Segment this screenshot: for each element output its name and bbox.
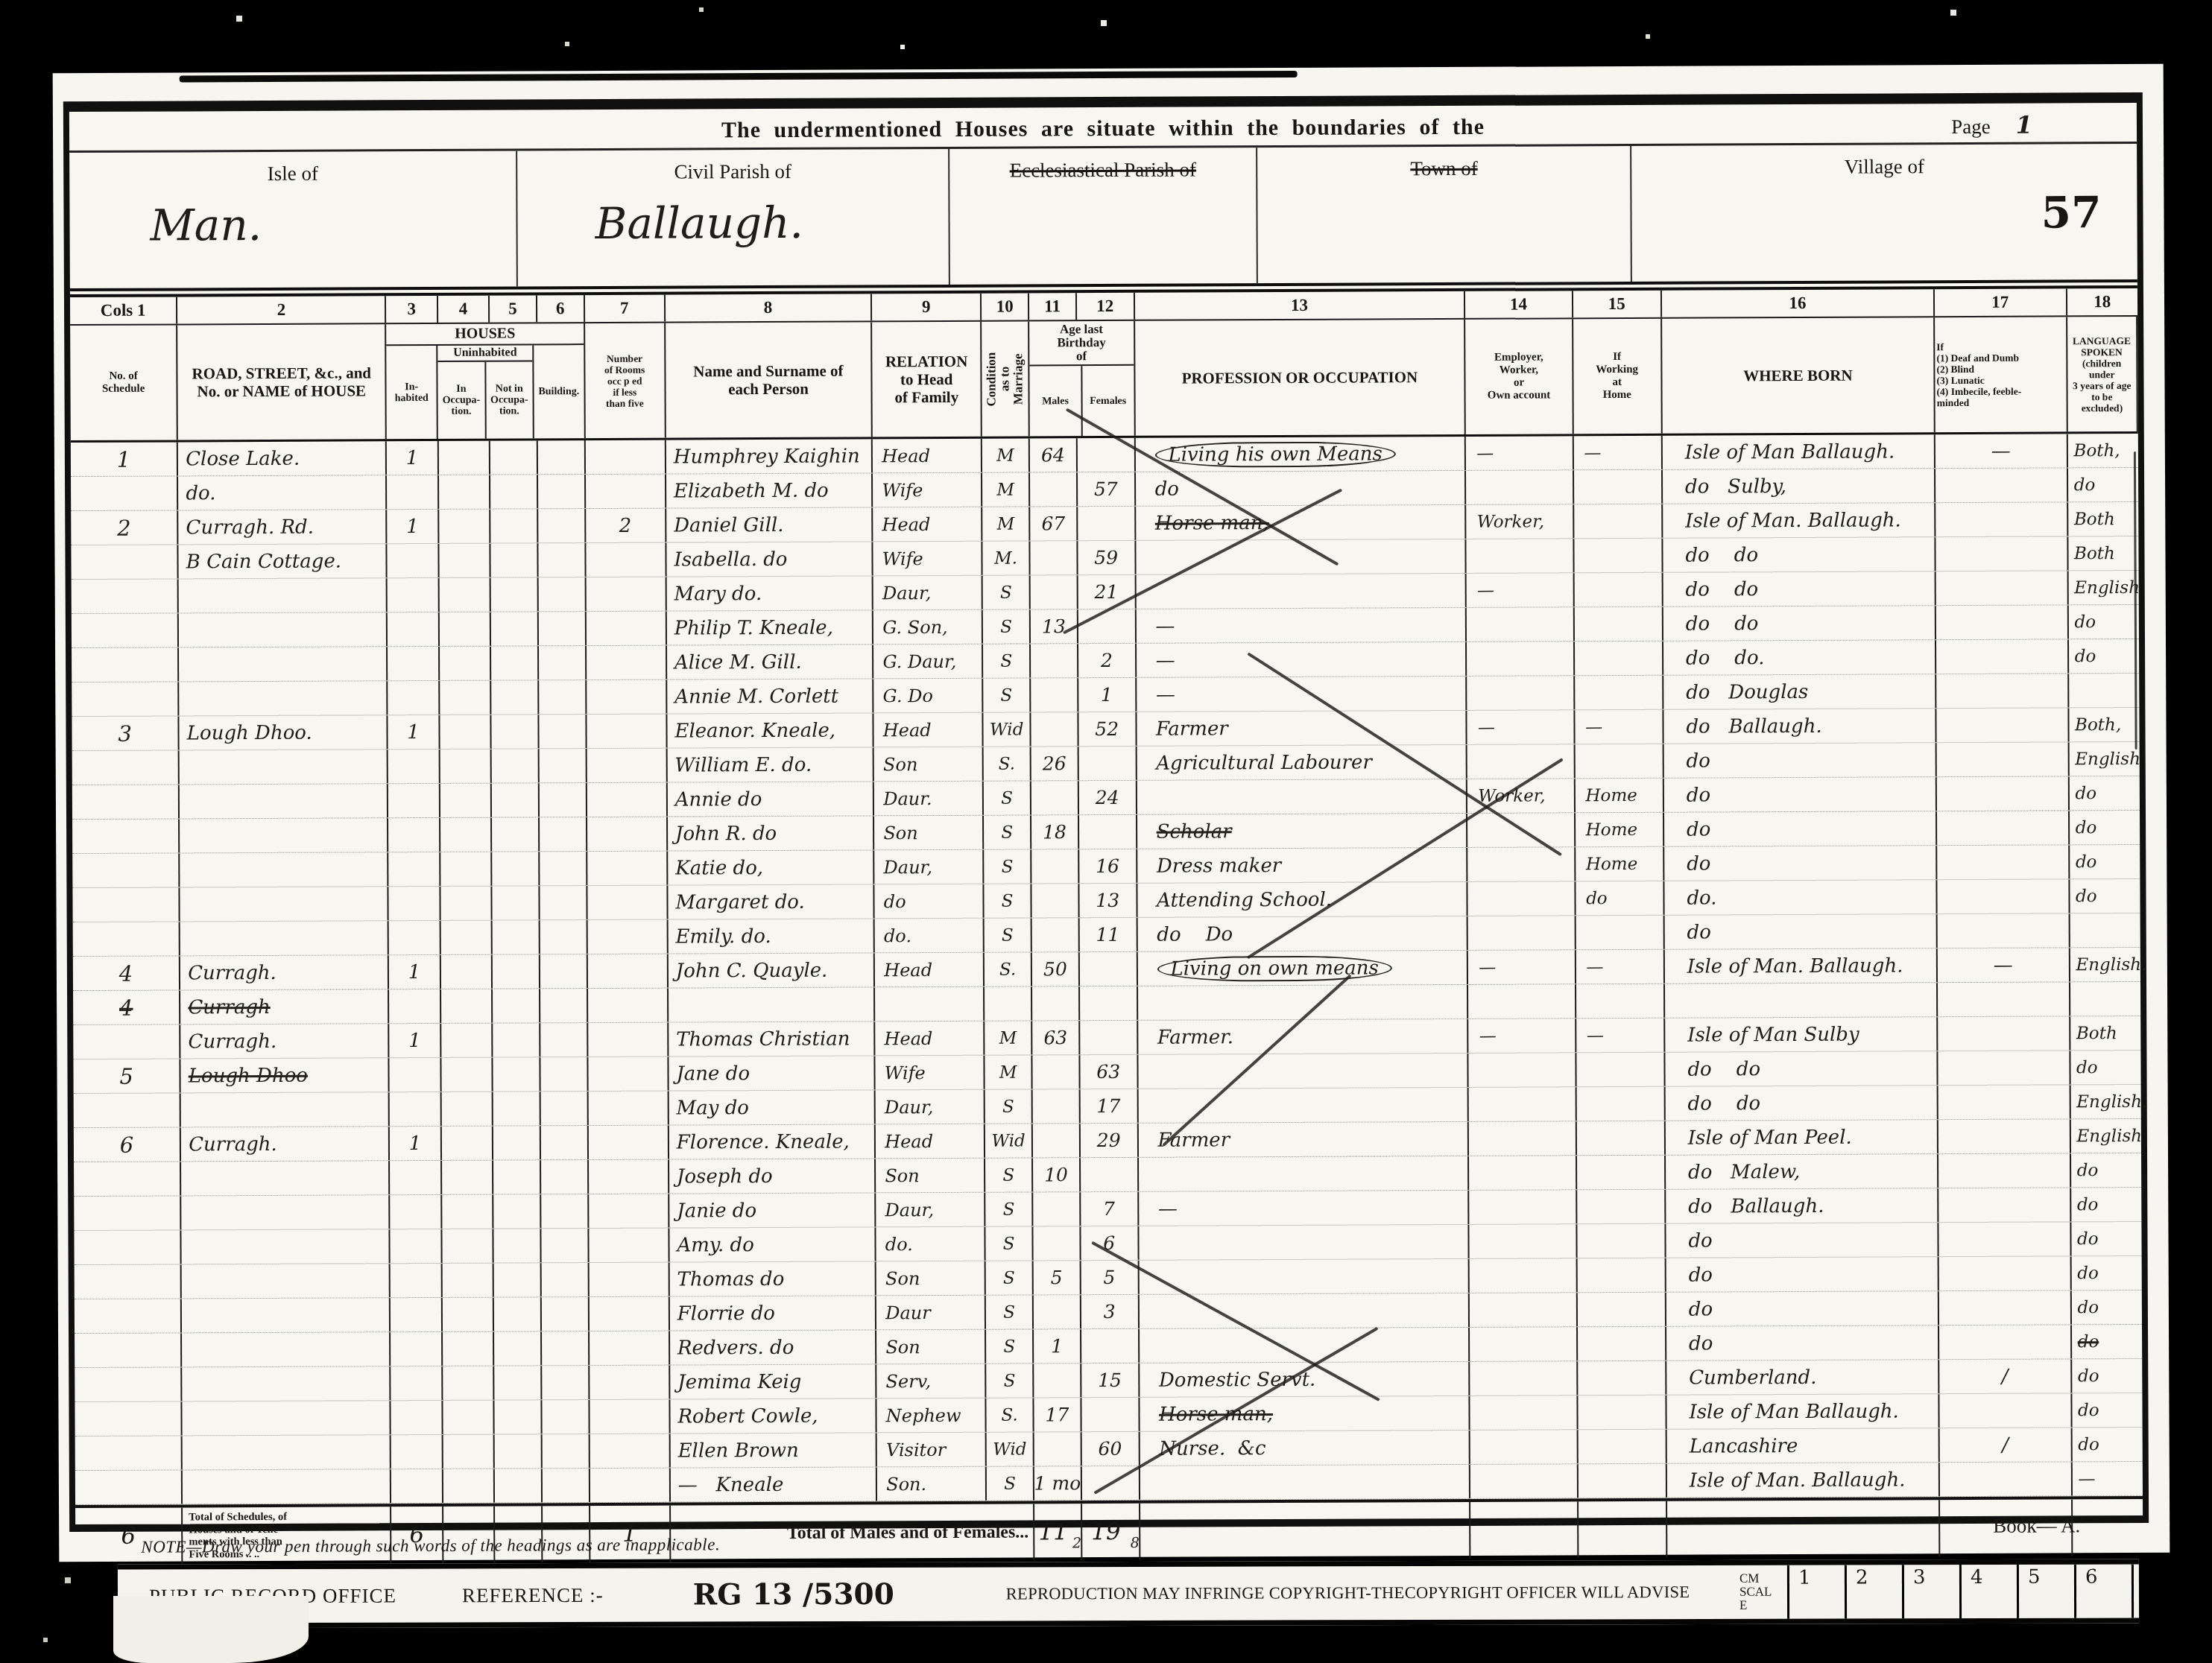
copyright-notice: REPRODUCTION MAY INFRINGE COPYRIGHT-THEC… [1006, 1583, 1690, 1603]
cell-occ_in [439, 544, 491, 577]
cell-born: do do [1663, 537, 1935, 572]
cell-language: English. [2070, 1085, 2141, 1118]
cell-schedule [75, 1299, 182, 1333]
cell-born: Isle of Man Peel. [1666, 1120, 1938, 1155]
cell-road [180, 852, 388, 887]
cell-rooms [589, 1263, 669, 1296]
cell-cond: M [982, 472, 1030, 506]
cell-building [542, 1297, 590, 1331]
column-number: 15 [1573, 291, 1662, 318]
cell-building [541, 1126, 589, 1159]
cell-cond: S [983, 609, 1031, 643]
cell-infirmity [1939, 1393, 2072, 1428]
cell-schedule [75, 1470, 183, 1504]
column-number: 5 [490, 295, 537, 322]
cell-language: do [2072, 1393, 2143, 1427]
header-building: Building. [534, 345, 584, 438]
cell-language: Both [2068, 536, 2139, 570]
column-number: 14 [1465, 291, 1573, 318]
cell-name: Thomas Christian [669, 1021, 876, 1056]
cell-home: Home [1575, 779, 1663, 813]
cell-infirmity [1935, 468, 2068, 502]
cell-schedule [74, 1093, 181, 1127]
cell-rooms [587, 715, 667, 748]
cell-rooms [587, 646, 667, 680]
column-number: 8 [666, 294, 873, 321]
cell-occ_not [494, 1366, 542, 1399]
cell-home [1574, 470, 1663, 504]
header-age: Age last Birthday of [1029, 321, 1134, 367]
cell-infirmity [1937, 845, 2070, 879]
column-number: 9 [872, 294, 982, 321]
cell-name: Mary do. [666, 576, 873, 610]
cell-inh: 1 [388, 715, 440, 749]
cell-rooms [590, 1434, 670, 1468]
cell-name: Amy. do [669, 1227, 876, 1261]
cell-occ_not [493, 1126, 541, 1159]
cell-age_m: 26 [1031, 747, 1079, 780]
column-number: 2 [177, 296, 386, 323]
cell-cond [985, 986, 1032, 1020]
cell-road: Close Lake. [178, 441, 387, 475]
cell-occupation [1136, 574, 1467, 609]
cell-home [1575, 676, 1663, 710]
cell-occupation: — [1137, 642, 1467, 677]
page-title: The undermentioned Houses are situate wi… [69, 112, 2137, 146]
cell-age_m [1034, 1295, 1081, 1328]
cell-language: do [2068, 468, 2139, 501]
cell-building [539, 715, 587, 748]
cell-age_m [1031, 712, 1078, 746]
header-not-in-occupation: Not in Occupa- tion. [484, 361, 533, 438]
cell-infirmity [1937, 879, 2070, 913]
cell-occ_in [442, 1127, 494, 1160]
cell-occ_in [440, 921, 493, 954]
cell-employer [1470, 1361, 1578, 1396]
cell-home [1578, 1361, 1666, 1396]
column-number: 11 [1029, 293, 1077, 320]
header-rooms: Number of Rooms occ p ed if less than fi… [585, 323, 666, 438]
cell-occupation: Living his own Means [1135, 437, 1466, 472]
cell-name: Daniel Gill. [666, 507, 873, 542]
cell-occupation: Dress maker [1137, 848, 1468, 883]
cell-home: — [1575, 710, 1663, 744]
cell-building [539, 646, 587, 680]
cell-occ_in [440, 647, 492, 680]
cell-building [543, 1469, 590, 1502]
cell-occ_in [440, 612, 492, 646]
cell-employer [1467, 642, 1574, 676]
cell-name: — Kneale [671, 1467, 878, 1501]
cell-occ_not [492, 852, 540, 885]
cell-infirmity [1939, 1325, 2072, 1359]
cell-home [1576, 1053, 1665, 1087]
cell-employer [1469, 1156, 1576, 1190]
cell-home [1577, 1258, 1666, 1293]
cell-name: Jemima Keig [670, 1364, 877, 1398]
cell-employer [1469, 1121, 1576, 1156]
cell-age_f: 59 [1078, 541, 1136, 574]
column-number: 7 [585, 295, 666, 322]
cell-inh: 1 [389, 955, 441, 989]
cell-home [1576, 916, 1664, 950]
cell-rooms [590, 1469, 671, 1502]
cell-relation: do [875, 884, 985, 919]
cell-rooms [587, 852, 668, 885]
cell-occupation: Living on own means [1137, 951, 1468, 986]
cell-age_m [1032, 918, 1080, 951]
cell-born: do. [1664, 880, 1937, 915]
cell-building [539, 680, 587, 714]
cell-employer [1469, 1053, 1576, 1087]
cell-language [2069, 674, 2140, 707]
total-males-females-label: Total of Males and of Females... [671, 1504, 1035, 1562]
cell-relation: Daur, [873, 576, 983, 610]
cell-language: Both [2070, 1016, 2141, 1050]
cell-building [539, 577, 587, 611]
cell-schedule [75, 1367, 182, 1401]
cell-occ_in [439, 441, 491, 475]
cell-born: do do [1663, 606, 1936, 641]
cell-cond: S [985, 1089, 1033, 1123]
cell-name: Humphrey Kaighin [666, 439, 873, 473]
header-females: Females [1081, 366, 1134, 436]
cell-employer: — [1467, 710, 1575, 744]
cell-building [542, 1263, 590, 1296]
cell-occupation [1139, 1259, 1470, 1294]
cell-language: do [2069, 639, 2140, 673]
cell-name: Katie do, [668, 850, 875, 884]
cell-road [180, 750, 388, 784]
cell-relation: G. Daur, [873, 644, 983, 679]
column-number: 12 [1077, 293, 1135, 320]
cell-home [1577, 1156, 1666, 1190]
cell-road [179, 681, 388, 715]
cell-born: do do [1663, 571, 1935, 606]
cell-home [1577, 1224, 1666, 1258]
cell-cond: S [986, 1226, 1034, 1260]
cell-name: Margaret do. [668, 884, 875, 919]
cell-home: Home [1576, 813, 1664, 847]
field-civil-parish: Civil Parish of Ballaugh. [516, 149, 949, 287]
cell-rooms [588, 1023, 669, 1057]
town-of-label: Town of [1257, 156, 1630, 181]
cell-home: — [1576, 950, 1664, 984]
cell-road [183, 1469, 391, 1504]
cell-born: do [1666, 1325, 1939, 1361]
column-number: 17 [1935, 288, 2067, 316]
cell-road [182, 1264, 391, 1298]
header-houses: HOUSES [387, 323, 584, 346]
cell-schedule [71, 476, 178, 510]
cell-language: do [2072, 1359, 2143, 1393]
header-infirmity: If (1) Deaf and Dumb (2) Blind (3) Lunat… [1935, 317, 2067, 432]
cell-employer [1466, 470, 1573, 504]
isle-of-label: Isle of [69, 161, 516, 186]
cell-occ_not [492, 783, 540, 817]
cell-age_m: 17 [1034, 1398, 1081, 1431]
cell-schedule [75, 1333, 182, 1367]
cell-rooms [590, 1297, 670, 1331]
cell-cond: M. [983, 541, 1031, 574]
cell-employer [1468, 916, 1576, 950]
cell-occupation: Farmer [1138, 1122, 1469, 1157]
isle-of-value: Man. [150, 200, 262, 251]
cell-age_m: 10 [1033, 1158, 1081, 1191]
cell-occ_not [491, 646, 539, 680]
cell-occ_not [490, 440, 538, 474]
cell-building [540, 1057, 588, 1091]
cell-road: Lough Dhoo. [180, 715, 388, 750]
cell-home [1578, 1327, 1666, 1361]
cell-occ_in [441, 1058, 493, 1092]
cell-name: Thomas do [669, 1261, 876, 1296]
cell-cond: S [983, 644, 1031, 677]
cell-age_m [1034, 1432, 1082, 1466]
cell-relation: G. Do [873, 679, 983, 713]
column-number: 13 [1134, 291, 1465, 320]
cell-road: Curragh. [181, 1127, 390, 1161]
cell-born: Cumberland. [1666, 1360, 1939, 1395]
cell-relation: Head [873, 439, 982, 473]
cell-building [541, 1092, 589, 1125]
cell-relation: Daur, [876, 1090, 985, 1124]
cell-language: do [2071, 1188, 2142, 1221]
cell-occ_not [492, 715, 540, 748]
cell-occ_not [493, 920, 540, 954]
cell-employer [1469, 1087, 1576, 1121]
cell-relation: Wife [873, 473, 982, 507]
cell-rooms [587, 749, 667, 782]
cell-relation: Daur [876, 1296, 986, 1330]
cm-ruler: 123456 [1787, 1564, 2139, 1618]
cell-schedule: 4 [73, 990, 180, 1024]
cell-language: do [2071, 1222, 2142, 1255]
cell-age_m [1031, 575, 1078, 609]
cell-schedule [72, 887, 180, 922]
cell-language: do [2072, 1428, 2143, 1461]
cell-home [1574, 539, 1663, 573]
column-number: Cols 1 [70, 297, 177, 324]
cell-schedule: 6 [74, 1127, 181, 1162]
cell-schedule [72, 613, 179, 647]
cell-occupation [1139, 1225, 1470, 1260]
cell-infirmity [1936, 708, 2069, 742]
cell-relation: G. Son, [873, 610, 983, 644]
cell-occ_not [491, 577, 539, 611]
cell-name: Joseph do [669, 1159, 876, 1193]
ruler-mark: 5 [2017, 1565, 2074, 1618]
cell-inh [388, 784, 440, 817]
cell-cond: S [987, 1466, 1034, 1500]
column-number: 10 [982, 293, 1029, 320]
cell-infirmity [1938, 1051, 2070, 1085]
cell-road [183, 1435, 391, 1469]
cell-occ_in [441, 1024, 493, 1057]
cell-name [669, 987, 876, 1021]
cell-road: Curragh. Rd. [178, 510, 387, 544]
cell-cond: S [984, 815, 1031, 849]
cell-age_f [1079, 815, 1137, 849]
cell-infirmity [1940, 1462, 2073, 1496]
cell-occ_in [443, 1401, 495, 1434]
field-town-of: Town of [1256, 146, 1631, 283]
cell-age_m: 63 [1032, 1021, 1080, 1054]
cell-infirmity [1938, 1188, 2071, 1222]
cell-home [1578, 1396, 1666, 1430]
cell-employer [1470, 1190, 1577, 1224]
cell-cond: S [986, 1329, 1034, 1363]
cell-name: John R. do [668, 816, 875, 850]
cell-occ_not [493, 989, 540, 1022]
cell-inh [390, 1161, 442, 1194]
cell-name: May do [669, 1090, 876, 1124]
cell-born: Isle of Man Ballaugh. [1663, 434, 1935, 469]
cell-home [1578, 1430, 1666, 1464]
cell-infirmity [1936, 571, 2069, 605]
cell-building [541, 1160, 589, 1194]
cell-occ_in [440, 887, 493, 920]
cell-infirmity [1938, 1085, 2071, 1119]
cell-infirmity: — [1938, 948, 2070, 982]
cell-language: Both, [2067, 434, 2138, 467]
cell-occupation [1138, 985, 1469, 1020]
cell-infirmity [1939, 1290, 2072, 1325]
cell-occupation: Farmer. [1138, 1019, 1469, 1054]
cell-language: do [2068, 605, 2139, 639]
cell-born: Isle of Man. Ballaugh. [1663, 503, 1935, 538]
cell-born: Isle of Man Ballaugh. [1666, 1394, 1939, 1429]
cell-born: Isle of Man Sulby [1665, 1017, 1938, 1052]
cell-building [540, 886, 587, 919]
cell-cond: S [983, 575, 1031, 609]
cell-name: Philip T. Kneale, [667, 610, 874, 644]
cell-occ_in [440, 715, 492, 749]
cell-relation: Serv, [876, 1364, 986, 1398]
cell-road [179, 578, 388, 612]
cell-cond: M [985, 1055, 1033, 1089]
cell-infirmity: — [1935, 434, 2068, 468]
cell-inh: 1 [387, 441, 439, 475]
cell-occ_not [490, 475, 538, 508]
cell-age_f [1078, 609, 1137, 643]
cell-language: English [2069, 742, 2140, 776]
cell-inh [390, 1092, 442, 1126]
cell-cond: S [985, 884, 1032, 917]
cell-rooms [587, 817, 668, 851]
cell-inh: 1 [390, 1127, 442, 1160]
cell-cond: Wid [987, 1432, 1034, 1466]
cell-occ_not [491, 680, 539, 714]
cell-cond: S. [984, 747, 1031, 780]
cell-age_f: 17 [1080, 1089, 1138, 1123]
cell-name: Janie do [669, 1193, 876, 1227]
cell-schedule [72, 579, 179, 613]
ruler-mark: 2 [1845, 1565, 1902, 1618]
cell-born: do Sulby, [1663, 469, 1935, 504]
cell-age_f: 1 [1078, 678, 1137, 712]
cell-age_f [1078, 507, 1136, 540]
cell-road: Curragh. [180, 955, 389, 989]
cell-road: Curragh. [180, 1024, 389, 1058]
cell-road [180, 784, 388, 818]
cell-born: do [1664, 777, 1937, 812]
cell-language: do [2070, 845, 2140, 878]
reference-label: REFERENCE :- [462, 1583, 604, 1606]
cell-schedule [71, 545, 178, 579]
cell-infirmity [1938, 982, 2070, 1016]
cell-age_m: 50 [1032, 952, 1080, 986]
cell-road [183, 1401, 391, 1435]
cell-inh [391, 1332, 443, 1366]
cell-cond: S. [985, 952, 1032, 986]
cell-road: Curragh [180, 989, 389, 1024]
column-number: 16 [1662, 289, 1935, 317]
cell-cond: S [985, 918, 1032, 951]
cell-age_m [1031, 678, 1078, 712]
cell-name: Elizabeth M. do [666, 473, 873, 507]
cell-age_m: 67 [1030, 507, 1078, 540]
cell-name: Alice M. Gill. [667, 644, 874, 679]
cell-name: Florence. Kneale, [669, 1124, 876, 1159]
cell-age_m [1034, 1363, 1081, 1397]
cell-home: — [1576, 1019, 1665, 1053]
cell-name: Robert Cowle, [670, 1398, 877, 1433]
cell-occ_not [493, 1023, 540, 1057]
cell-road [180, 887, 389, 921]
cell-language [2070, 982, 2141, 1016]
cell-rooms [587, 920, 668, 954]
cell-infirmity [1935, 536, 2068, 571]
cell-age_m [1031, 781, 1079, 814]
cell-age_f: 63 [1080, 1055, 1138, 1089]
cell-employer [1468, 881, 1576, 916]
cell-infirmity: / [1939, 1359, 2072, 1393]
cell-cond: M [982, 507, 1030, 540]
cell-language: English [2070, 1119, 2141, 1153]
cell-infirmity [1938, 1119, 2071, 1153]
cell-language: do [2071, 1153, 2142, 1187]
cell-age_m [1033, 1226, 1081, 1260]
cell-occ_not [494, 1229, 542, 1262]
book-label: Book— A. [1993, 1514, 2080, 1538]
civil-parish-value: Ballaugh. [595, 197, 803, 249]
cell-occupation: — [1136, 608, 1467, 643]
ruler-mark: 6 [2074, 1564, 2132, 1618]
census-page: The undermentioned Houses are situate wi… [53, 64, 2170, 1562]
cell-born: do [1666, 1223, 1938, 1258]
cell-rooms: 2 [586, 509, 666, 542]
cell-infirmity: / [1940, 1428, 2073, 1462]
cell-inh [387, 475, 439, 509]
cell-employer: — [1468, 950, 1576, 984]
cell-schedule: 5 [73, 1059, 180, 1093]
cell-rooms [585, 440, 666, 474]
cell-building [540, 783, 587, 817]
cell-age_f: 29 [1081, 1124, 1139, 1157]
cell-schedule [74, 1162, 181, 1196]
cell-schedule: 4 [73, 956, 180, 990]
cell-born: Isle of Man. Ballaugh. [1665, 948, 1938, 983]
cell-language: Both, [2069, 708, 2140, 741]
cell-occupation: — [1137, 677, 1467, 712]
cell-inh [391, 1195, 443, 1229]
cell-employer [1468, 984, 1576, 1019]
cell-inh [389, 921, 441, 954]
cell-employer [1467, 676, 1575, 710]
cell-occ_in [441, 1092, 493, 1126]
cell-inh [388, 681, 440, 715]
